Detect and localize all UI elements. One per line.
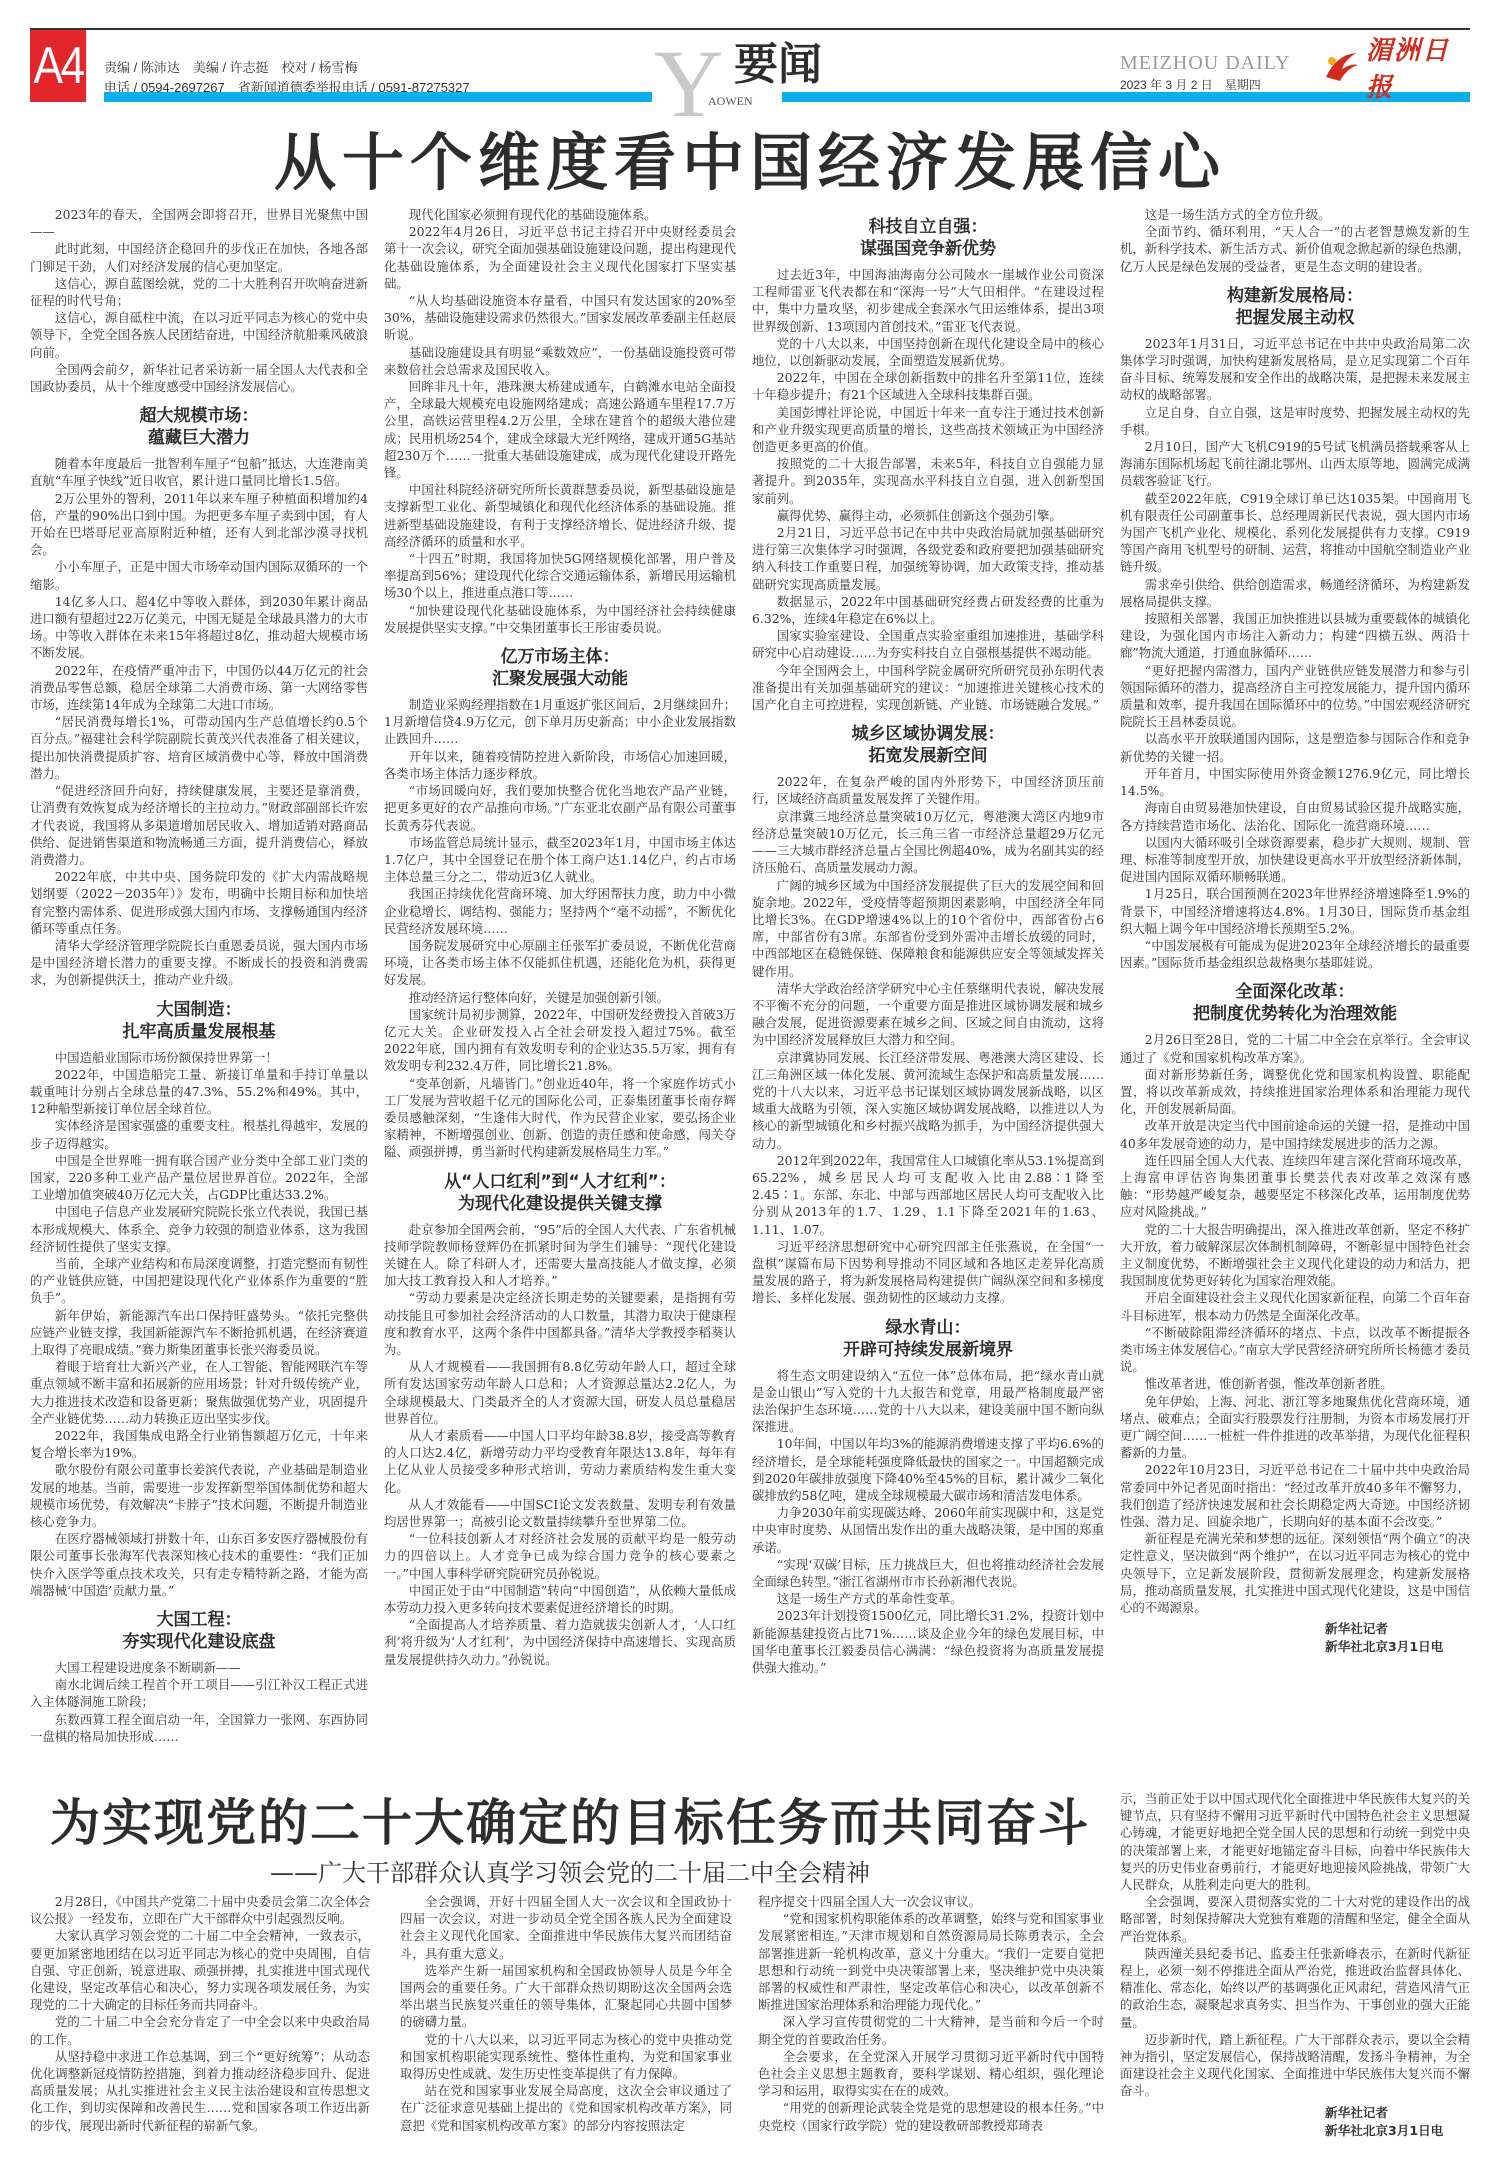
body-paragraph: 2月28日，《中国共产党第二十届中央委员会第二次全体会议公报》一经发布，立即在广… xyxy=(30,1893,370,1927)
section-heading: 超大规模市场：蕴藏巨大潜力 xyxy=(30,405,368,449)
body-paragraph: 截至2022年底，C919全球订单已达1035架。中国商用飞机有限责任公司副董事… xyxy=(1120,490,1470,576)
body-paragraph: 全会强调，要深入贯彻落实党的二十大对党的建设作出的战略部署，时刻保持解决大党独有… xyxy=(1120,1893,1470,1945)
body-paragraph: 这是一场生产方式的革命性变革。 xyxy=(752,1590,1104,1607)
body-paragraph: 广阔的城乡区域为中国经济发展提供了巨大的发展空间和回旋余地。2022年，受疫情等… xyxy=(752,877,1104,980)
second-headline: 为实现党的二十大确定的目标任务而共同奋斗 xyxy=(40,1790,1100,1856)
body-paragraph: 2023年计划投资1500亿元，同比增长31.2%，投资计划中新能源基建投资占比… xyxy=(752,1607,1104,1676)
body-paragraph: 2012年到2022年，我国常住人口城镇化率从53.1%提高到65.22%，城乡… xyxy=(752,1152,1104,1238)
byline-author: 新华社记者 xyxy=(1120,2104,1470,2122)
body-paragraph: 免年伊始，上海、河北、浙江等多地聚焦优化营商环境，通堵点、破难点；全面实行股票发… xyxy=(1120,1393,1470,1462)
body-paragraph: 力争2030年前实现碳达峰、2060年前实现碳中和，这是党中央审时度势、从国情出… xyxy=(752,1504,1104,1556)
body-paragraph: 按照党的二十大报告部署，未来5年，科技自立自强能力显著提升。到2035年，实现高… xyxy=(752,455,1104,507)
section-heading: 构建新发展格局：把握发展主动权 xyxy=(1120,285,1470,329)
article1-column-2: 现代化国家必须拥有现代化的基础设施体系。 2022年4月26日，习近平总书记主持… xyxy=(384,206,736,1766)
body-paragraph: 全会要求，在全党深入开展学习贯彻习近平新时代中国特色社会主义思想主题教育，要科学… xyxy=(758,2048,1104,2100)
body-paragraph: 惟改革者进，惟创新者强，惟改革创新者胜。 xyxy=(1120,1375,1470,1392)
intro-paragraph: 2023年的春天，全国两会即将召开，世界目光聚焦中国—— xyxy=(30,206,368,240)
body-paragraph: 新征程是充满光荣和梦想的远征。深刻领悟“两个确立”的决定性意义，坚决做到“两个维… xyxy=(1120,1530,1470,1616)
body-paragraph: 国家统计局初步测算，2022年，中国研发经费投入首破3万亿元大关。企业研发投入占… xyxy=(384,1006,736,1075)
body-paragraph: “加快建设现代化基础设施体系，为中国经济社会持续健康发展提供坚实支撑。”中交集团… xyxy=(384,602,736,636)
body-paragraph: 当前，全球产业结构和布局深度调整，打造完整而有韧性的产业链供应链，中国把建设现代… xyxy=(30,1255,368,1307)
body-paragraph: 2月21日，习近平总书记在中共中央政治局就加强基础研究进行第三次集体学习时强调，… xyxy=(752,524,1104,593)
body-paragraph: 2月10日，国产大飞机C919的5号试飞机满员搭载乘客从上海浦东国际机场起飞前往… xyxy=(1120,438,1470,490)
body-paragraph: 赢得优势、赢得主动，必须抓住创新这个强劲引擎。 xyxy=(752,507,1104,524)
body-paragraph: 开启全面建设社会主义现代化国家新征程，向第二个百年奋斗目标进军，根本动力仍然是全… xyxy=(1120,1289,1470,1323)
body-paragraph: 党的十八大以来，中国坚持创新在现代化建设全局中的核心地位，以创新驱动发展，全面塑… xyxy=(752,335,1104,369)
credits-line-editors: 责编 / 陈沛达 美编 / 许志挺 校对 / 杨雪梅 xyxy=(104,58,470,78)
body-paragraph: 制造业采购经理指数在1月重返扩张区间后，2月继续回升；1月新增信贷4.9万亿元，… xyxy=(384,696,736,748)
body-paragraph: 国务院发展研究中心原副主任张军扩委员说，不断优化营商环境，让各类市场主体不仅能抓… xyxy=(384,937,736,989)
body-paragraph: 2万公里外的智利，2011年以来车厘子种植面积增加约4倍，产量的90%出口到中国… xyxy=(30,490,368,559)
body-paragraph: 需求牵引供给、供给创造需求，畅通经济循环，为构建新发展格局提供支撑。 xyxy=(1120,576,1470,610)
intro-paragraph: 这信心，源自砥柱中流，在以习近平同志为核心的党中央领导下，全党全国各族人民团结奋… xyxy=(30,309,368,361)
body-paragraph: 2022年4月26日，习近平总书记主持召开中央财经委员会第十一次会议，研究全面加… xyxy=(384,223,736,292)
intro-paragraph: 这信心，源自蓝图绘就，党的二十大胜利召开吹响奋进新征程的时代号角； xyxy=(30,275,368,309)
body-paragraph: 清华大学经济管理学院院长白重恩委员说，强大国内市场是中国经济增长潜力的重要支撑。… xyxy=(30,937,368,989)
main-headline: 从十个维度看中国经济发展信心 xyxy=(0,118,1500,208)
body-paragraph: 2022年，在疫情严重冲击下，中国仍以44万亿元的社会消费品零售总额，稳居全球第… xyxy=(30,662,368,714)
section-heading: 从“人口红利”到“人才红利”：为现代化建设提供关键支撑 xyxy=(384,1171,736,1215)
body-paragraph: 现代化国家必须拥有现代化的基础设施体系。 xyxy=(384,206,736,223)
article1-column-4: 2023年计划投资1500亿元，同比增长31.2%，投资计划中新能源基建投资占比… xyxy=(1120,206,1470,1766)
paper-name-chinese: 湄洲日报 xyxy=(1366,30,1472,104)
logo-wave-icon xyxy=(1322,47,1362,87)
body-paragraph: 立足自身、自立自强，这是审时度势、把握发展主动权的先手棋。 xyxy=(1120,404,1470,438)
body-paragraph: 国家实验室建设、全国重点实验室重组加速推进，基础学科研究中心启动建设……为夯实科… xyxy=(752,627,1104,661)
body-paragraph: “从人均基础设施资本存量看，中国只有发达国家的20%至30%，基础设施建设需求仍… xyxy=(384,292,736,344)
body-paragraph: 歌尔股份有限公司董事长姜滨代表说，产业基础是制造业发展的地基。当前，需要进一步发… xyxy=(30,1461,368,1530)
body-paragraph: 10年间，中国以年均3%的能源消费增速支撑了平均6.6%的经济增长，是全球能耗强… xyxy=(752,1435,1104,1504)
body-paragraph: 这是一场生活方式的全方位升级。 xyxy=(1120,206,1470,223)
body-paragraph: “实现‘双碳’目标，压力挑战巨大，但也将推动经济社会发展全面绿色转型。”浙江省湖… xyxy=(752,1556,1104,1590)
body-paragraph: 程序提交十四届全国人大一次会议审议。 xyxy=(758,1893,1104,1910)
body-paragraph: 海南自由贸易港加快建设，自由贸易试验区提升战略实施，各方持续营造市场化、法治化、… xyxy=(1120,799,1470,833)
body-paragraph: 1月25日，联合国预测在2023年世界经济增速降至1.9%的背景下，中国经济增速… xyxy=(1120,885,1470,937)
body-paragraph: 将生态文明建设纳入“五位一体”总体布局，把“绿水青山就是金山银山”写入党的十九大… xyxy=(752,1367,1104,1436)
article1-column-3: 科技自立自强：谋强国竞争新优势 过去近3年，中国海油海南分公司陵水一崖城作业公司… xyxy=(752,206,1104,1766)
article2-column-1: 2月28日，《中国共产党第二十届中央委员会第二次全体会议公报》一经发布，立即在广… xyxy=(30,1893,370,2163)
section-heading: 亿万市场主体：汇聚发展强大动能 xyxy=(384,646,736,690)
paper-name-english: MEIZHOU DAILY xyxy=(1120,52,1290,75)
body-paragraph: 中国正处于由“中国制造”转向“中国创造”，从依赖大量低成本劳动力投入更多转向技术… xyxy=(384,1582,736,1616)
body-paragraph: “党和国家机构职能体系的改革调整，始终与党和国家事业发展紧密相连。”天津市规划和… xyxy=(758,1910,1104,2013)
body-paragraph: 实体经济是国家强盛的重要支柱。根基扎得越牢，发展的步子迈得越实。 xyxy=(30,1117,368,1151)
body-paragraph: 新年伊始，新能源汽车出口保持旺盛势头。“依托完整供应链产业链支撑，我国新能源汽车… xyxy=(30,1307,368,1359)
body-paragraph: 连任四届全国人大代表、连续四年建言深化营商环境改革，上海富申评估咨询集团董事长樊… xyxy=(1120,1152,1470,1221)
body-paragraph: “用党的创新理论武装全党是党的思想建设的根本任务。”中央党校（国家行政学院）党的… xyxy=(758,2099,1104,2133)
body-paragraph: 开年以来，随着疫情防控进入新阶段，市场信心加速回暖，各类市场主体活力逐步释放。 xyxy=(384,748,736,782)
body-paragraph: 我国正持续优化营商环境、加大纾困帮扶力度，助力中小微企业稳增长、调结构、强能力；… xyxy=(384,885,736,937)
body-paragraph: “劳动力要素是决定经济长期走势的关键要素，是指拥有劳动技能且可参加社会经济活动的… xyxy=(384,1289,736,1358)
body-paragraph: 赴京参加全国两会前，“95”后的全国人大代表、广东省机械技师学院教师杨登辉仍在抓… xyxy=(384,1221,736,1290)
body-paragraph: “变革创新，凡墙皆门。”创业近40年，将一个家庭作坊式小工厂发展为营收超千亿元的… xyxy=(384,1075,736,1161)
body-paragraph: 2022年底，中共中央、国务院印发的《扩大内需战略规划纲要（2022－2035年… xyxy=(30,868,368,937)
body-paragraph: “更好把握内需潜力，国内产业链供应链发展潜力和参与引领国际循环的潜力，提高经济自… xyxy=(1120,662,1470,731)
body-paragraph: 市场监管总局统计显示，截至2023年1月，中国市场主体达1.7亿户，其中全国登记… xyxy=(384,834,736,886)
body-paragraph: 中国电子信息产业发展研究院院长张立代表说，我国已基本形成规模大、体系全、竞争力较… xyxy=(30,1203,368,1255)
body-paragraph: 从人才效能看——中国SCI论文发表数量、发明专利有效量均居世界第一；高被引论文数… xyxy=(384,1496,736,1530)
body-paragraph: 小小车厘子，正是中国大市场牵动国内国际双循环的一个缩影。 xyxy=(30,558,368,592)
body-paragraph: “一位科技创新人才对经济社会发展的贡献平均是一般劳动力的四倍以上。人才竞争已成为… xyxy=(384,1530,736,1582)
body-paragraph: 党的二十届二中全会充分肯定了一中全会以来中央政治局的工作。 xyxy=(30,2013,370,2047)
body-paragraph: “中国发展极有可能成为促进2023年全球经济增长的最重要因素。”国际货币基金组织… xyxy=(1120,937,1470,971)
page-number-badge: A4 xyxy=(30,30,86,102)
body-paragraph: 按照相关部署，我国正加快推进以县城为重要载体的城镇化建设，为强化国内市场注入新动… xyxy=(1120,610,1470,662)
body-paragraph: 2023年1月31日，习近平总书记在中共中央政治局第二次集体学习时强调，加快构建… xyxy=(1120,335,1470,404)
article2-column-3: 程序提交十四届全国人大一次会议审议。 “党和国家机构职能体系的改革调整，始终与党… xyxy=(758,1893,1104,2163)
byline-author: 新华社记者 xyxy=(1120,1620,1470,1638)
body-paragraph: 南水北调后续工程首个开工项目——引江补汉工程正式进入主体隧洞施工阶段； xyxy=(30,1676,368,1710)
body-paragraph: 全面节约、循环利用，“天人合一”的古老智慧焕发新的生机，新科学技术、新生活方式、… xyxy=(1120,223,1470,275)
body-paragraph: “促进经济回升向好，持续健康发展，主要还是靠消费，让消费有效恢复成为经济增长的主… xyxy=(30,782,368,868)
body-paragraph: 2022年，在复杂严峻的国内外形势下，中国经济顶压前行，区域经济高质量发展发挥了… xyxy=(752,773,1104,807)
section-heading: 大国制造：扎牢高质量发展根基 xyxy=(30,999,368,1043)
body-paragraph: 迈步新时代，踏上新征程。广大干部群众表示，要以全会精神为指引，坚定发展信心，保持… xyxy=(1120,2031,1470,2100)
body-paragraph: “市场回暖向好，我们要加快整合优化当地农产品产业链，把更多更好的农产品推向市场。… xyxy=(384,782,736,834)
body-paragraph: 2022年10月23日，习近平总书记在二十届中共中央政治局常委同中外记者见面时指… xyxy=(1120,1461,1470,1530)
body-paragraph: 以高水平开放联通国内国际，这是塑造参与国际合作和竞争新优势的关键一招。 xyxy=(1120,730,1470,764)
body-paragraph: 中国社科院经济研究所所长黄群慧委员说，新型基础设施是支撑新型工业化、新型城镇化和… xyxy=(384,481,736,550)
body-paragraph: 大家认真学习领会党的二十届二中全会精神，一致表示，要更加紧密地团结在以习近平同志… xyxy=(30,1927,370,2013)
body-paragraph: 习近平经济思想研究中心研究四部主任张燕说，在全国“一盘棋”谋篇布局下因势利导推动… xyxy=(752,1238,1104,1307)
body-paragraph: 在医疗器械领域打拼数十年，山东百多安医疗器械股份有限公司董事长张海军代表深知核心… xyxy=(30,1530,368,1599)
body-paragraph: 从坚持稳中求进工作总基调，到三个“更好统筹”；从动态优化调整新冠疫情防控措施，到… xyxy=(30,2048,370,2134)
body-paragraph: 大国工程建设进度条不断刷新—— xyxy=(30,1659,368,1676)
body-paragraph: 面对新形势新任务，调整优化党和国家机构设置、职能配置，将以改革新成效，持续推进国… xyxy=(1120,1066,1470,1118)
article2-column-4: 示，当前正处于以中国式现代化全面推进中华民族伟大复兴的关键节点，只有坚持不懈用习… xyxy=(1120,1790,1470,2170)
body-paragraph: “全面提高人才培养质量、着力造就拔尖创新人才，‘人口红利’将升级为‘人才红利’，… xyxy=(384,1616,736,1668)
body-paragraph: 回眸非凡十年，港珠澳大桥建成通车，白鹤滩水电站全面投产，全球最大规模充电设施网络… xyxy=(384,378,736,481)
body-paragraph: 14亿多人口、超4亿中等收入群体，到2030年累计商品进口额有望超过22万亿美元… xyxy=(30,593,368,662)
body-paragraph: 京津冀三地经济总量突破10万亿元，粤港澳大湾区内地9市经济总量突破10万亿元，长… xyxy=(752,808,1104,877)
body-paragraph: 2022年，中国在全球创新指数中的排名升至第11位，连续十年稳步提升；有21个区… xyxy=(752,369,1104,403)
article2-column-2: 全会强调，开好十四届全国人大一次会议和全国政协十四届一次会议，对进一步动员全党全… xyxy=(400,1893,732,2163)
body-paragraph: 东数西算工程全面启动一年，全国算力一张网、东西协同一盘棋的格局加快形成…… xyxy=(30,1711,368,1745)
section-heading: 绿水青山：开辟可持续发展新境界 xyxy=(752,1317,1104,1361)
body-paragraph: 陕西潼关县纪委书记、监委主任张新峰表示，在新时代新征程上，必须一刻不停推进全面从… xyxy=(1120,1945,1470,2031)
intro-paragraph: 全国两会前夕，新华社记者采访新一届全国人大代表和全国政协委员，从十个维度感受中国… xyxy=(30,361,368,395)
body-paragraph: 改革开放是决定当代中国前途命运的关键一招，是推动中国40多年发展奇迹的动力，是中… xyxy=(1120,1117,1470,1151)
body-paragraph: 全会强调，开好十四届全国人大一次会议和全国政协十四届一次会议，对进一步动员全党全… xyxy=(400,1893,732,1962)
body-paragraph: 2022年，我国集成电路全行业销售额超万亿元，十年来复合增长率为19%。 xyxy=(30,1427,368,1461)
issue-date: 2023 年 3 月 2 日 星期四 xyxy=(1120,76,1261,93)
body-paragraph: 党的二十大报告明确提出，深入推进改革创新，坚定不移扩大开放，着力破解深层次体制机… xyxy=(1120,1221,1470,1290)
body-paragraph: “不断破除阻滞经济循环的堵点、卡点，以改革不断提振各类市场主体发展信心。”南京大… xyxy=(1120,1324,1470,1376)
header-blue-bar-left xyxy=(104,92,652,102)
body-paragraph: 中国造船业国际市场份额保持世界第一！ xyxy=(30,1049,368,1066)
section-heading: 大国工程：夯实现代化建设底盘 xyxy=(30,1609,368,1653)
section-heading: 科技自立自强：谋强国竞争新优势 xyxy=(752,216,1104,260)
body-paragraph: 2月26日至28日，党的二十届二中全会在京举行。全会审议通过了《党和国家机构改革… xyxy=(1120,1031,1470,1065)
body-paragraph: 过去近3年，中国海油海南分公司陵水一崖城作业公司资深工程师雷亚飞代表都在和“深海… xyxy=(752,266,1104,335)
body-paragraph: 从人才素质看——中国人口平均年龄38.8岁，接受高等教育的人口达2.4亿，新增劳… xyxy=(384,1427,736,1496)
byline-dateline: 新华社北京3月1日电 xyxy=(1120,1638,1470,1656)
section-title: 要闻 xyxy=(734,40,822,90)
section-heading: 全面深化改革：把制度优势转化为治理效能 xyxy=(1120,981,1470,1025)
body-paragraph: 示，当前正处于以中国式现代化全面推进中华民族伟大复兴的关键节点，只有坚持不懈用习… xyxy=(1120,1790,1470,1893)
body-paragraph: 从人才规模看——我国拥有8.8亿劳动年龄人口，超过全球所有发达国家劳动年龄人口总… xyxy=(384,1358,736,1427)
body-paragraph: “十四五”时期，我国将加快5G网络规模化部署，用户普及率提高到56%；建设现代化… xyxy=(384,550,736,602)
body-paragraph: 京津冀协同发展、长江经济带发展、粤港澳大湾区建设、长江三角洲区域一体化发展、黄河… xyxy=(752,1049,1104,1152)
intro-paragraph: 此时此刻，中国经济企稳回升的步伐正在加快，各地各部门铆足干劲，人们对经济发展的信… xyxy=(30,240,368,274)
body-paragraph: 2022年，中国造船完工量、新接订单量和手持订单量以载重吨计分别占全球总量的47… xyxy=(30,1066,368,1118)
body-paragraph: 开年首月，中国实际使用外资金额1276.9亿元，同比增长14.5%。 xyxy=(1120,765,1470,799)
body-paragraph: 美国彭博社评论说，中国近十年来一直专注于通过技术创新和产业升级实现更高质量的增长… xyxy=(752,404,1104,456)
header-top-rule xyxy=(30,28,1470,30)
body-paragraph: 推动经济运行整体向好，关键是加强创新引领。 xyxy=(384,989,736,1006)
body-paragraph: 数据显示，2022年中国基础研究经费占研发经费的比重为6.32%，连续4年稳定在… xyxy=(752,593,1104,627)
article1-column-1: 2023年的春天，全国两会即将召开，世界目光聚焦中国—— 此时此刻，中国经济企稳… xyxy=(30,206,368,1766)
body-paragraph: 随着本年度最后一批智利车厘子“包船”抵达，大连港南美直航“车厘子快线”近日收官，… xyxy=(30,455,368,489)
second-subheadline: ——广大干部群众认真学习领会党的二十届二中全会精神 xyxy=(40,1858,1100,1888)
section-pinyin: AOWEN xyxy=(708,94,753,109)
body-paragraph: 中国是全世界唯一拥有联合国产业分类中全部工业门类的国家，220多种工业产品产量位… xyxy=(30,1152,368,1204)
section-heading: 城乡区域协调发展：拓宽发展新空间 xyxy=(752,723,1104,767)
byline-dateline: 新华社北京3月1日电 xyxy=(1120,2122,1470,2140)
body-paragraph: 今年全国两会上，中国科学院金属研究所研究员孙东明代表准备提出有关加强基础研究的建… xyxy=(752,662,1104,714)
body-paragraph: 以国内大循环吸引全球资源要素，稳步扩大规则、规制、管理、标准等制度型开放，加快建… xyxy=(1120,834,1470,886)
body-paragraph: 着眼于培育壮大新兴产业，在人工智能、智能网联汽车等重点领域不断丰富和拓展新的应用… xyxy=(30,1358,368,1427)
newspaper-logo: 湄洲日报 xyxy=(1322,42,1472,92)
body-paragraph: 基础设施建设具有明显“乘数效应”，一份基础设施投资可带来数倍社会总需求及国民收入… xyxy=(384,344,736,378)
body-paragraph: 深入学习宣传贯彻党的二十大精神，是当前和今后一个时期全党的首要政治任务。 xyxy=(758,2013,1104,2047)
body-paragraph: 党的十八大以来，以习近平同志为核心的党中央推动党和国家机构职能实现系统性、整体性… xyxy=(400,2031,732,2083)
body-paragraph: 选举产生新一届国家机构和全国政协领导人员是今年全国两会的重要任务。广大干部群众热… xyxy=(400,1962,732,2031)
body-paragraph: 站在党和国家事业发展全局高度，这次全会审议通过了在广泛征求意见基础上提出的《党和… xyxy=(400,2082,732,2134)
body-paragraph: “居民消费每增长1%，可带动国内生产总值增长约0.5个百分点。”福建社会科学院副… xyxy=(30,713,368,782)
body-paragraph: 清华大学政治经济学研究中心主任蔡继明代表说，解决发展不平衡不充分的问题，一个重要… xyxy=(752,980,1104,1049)
